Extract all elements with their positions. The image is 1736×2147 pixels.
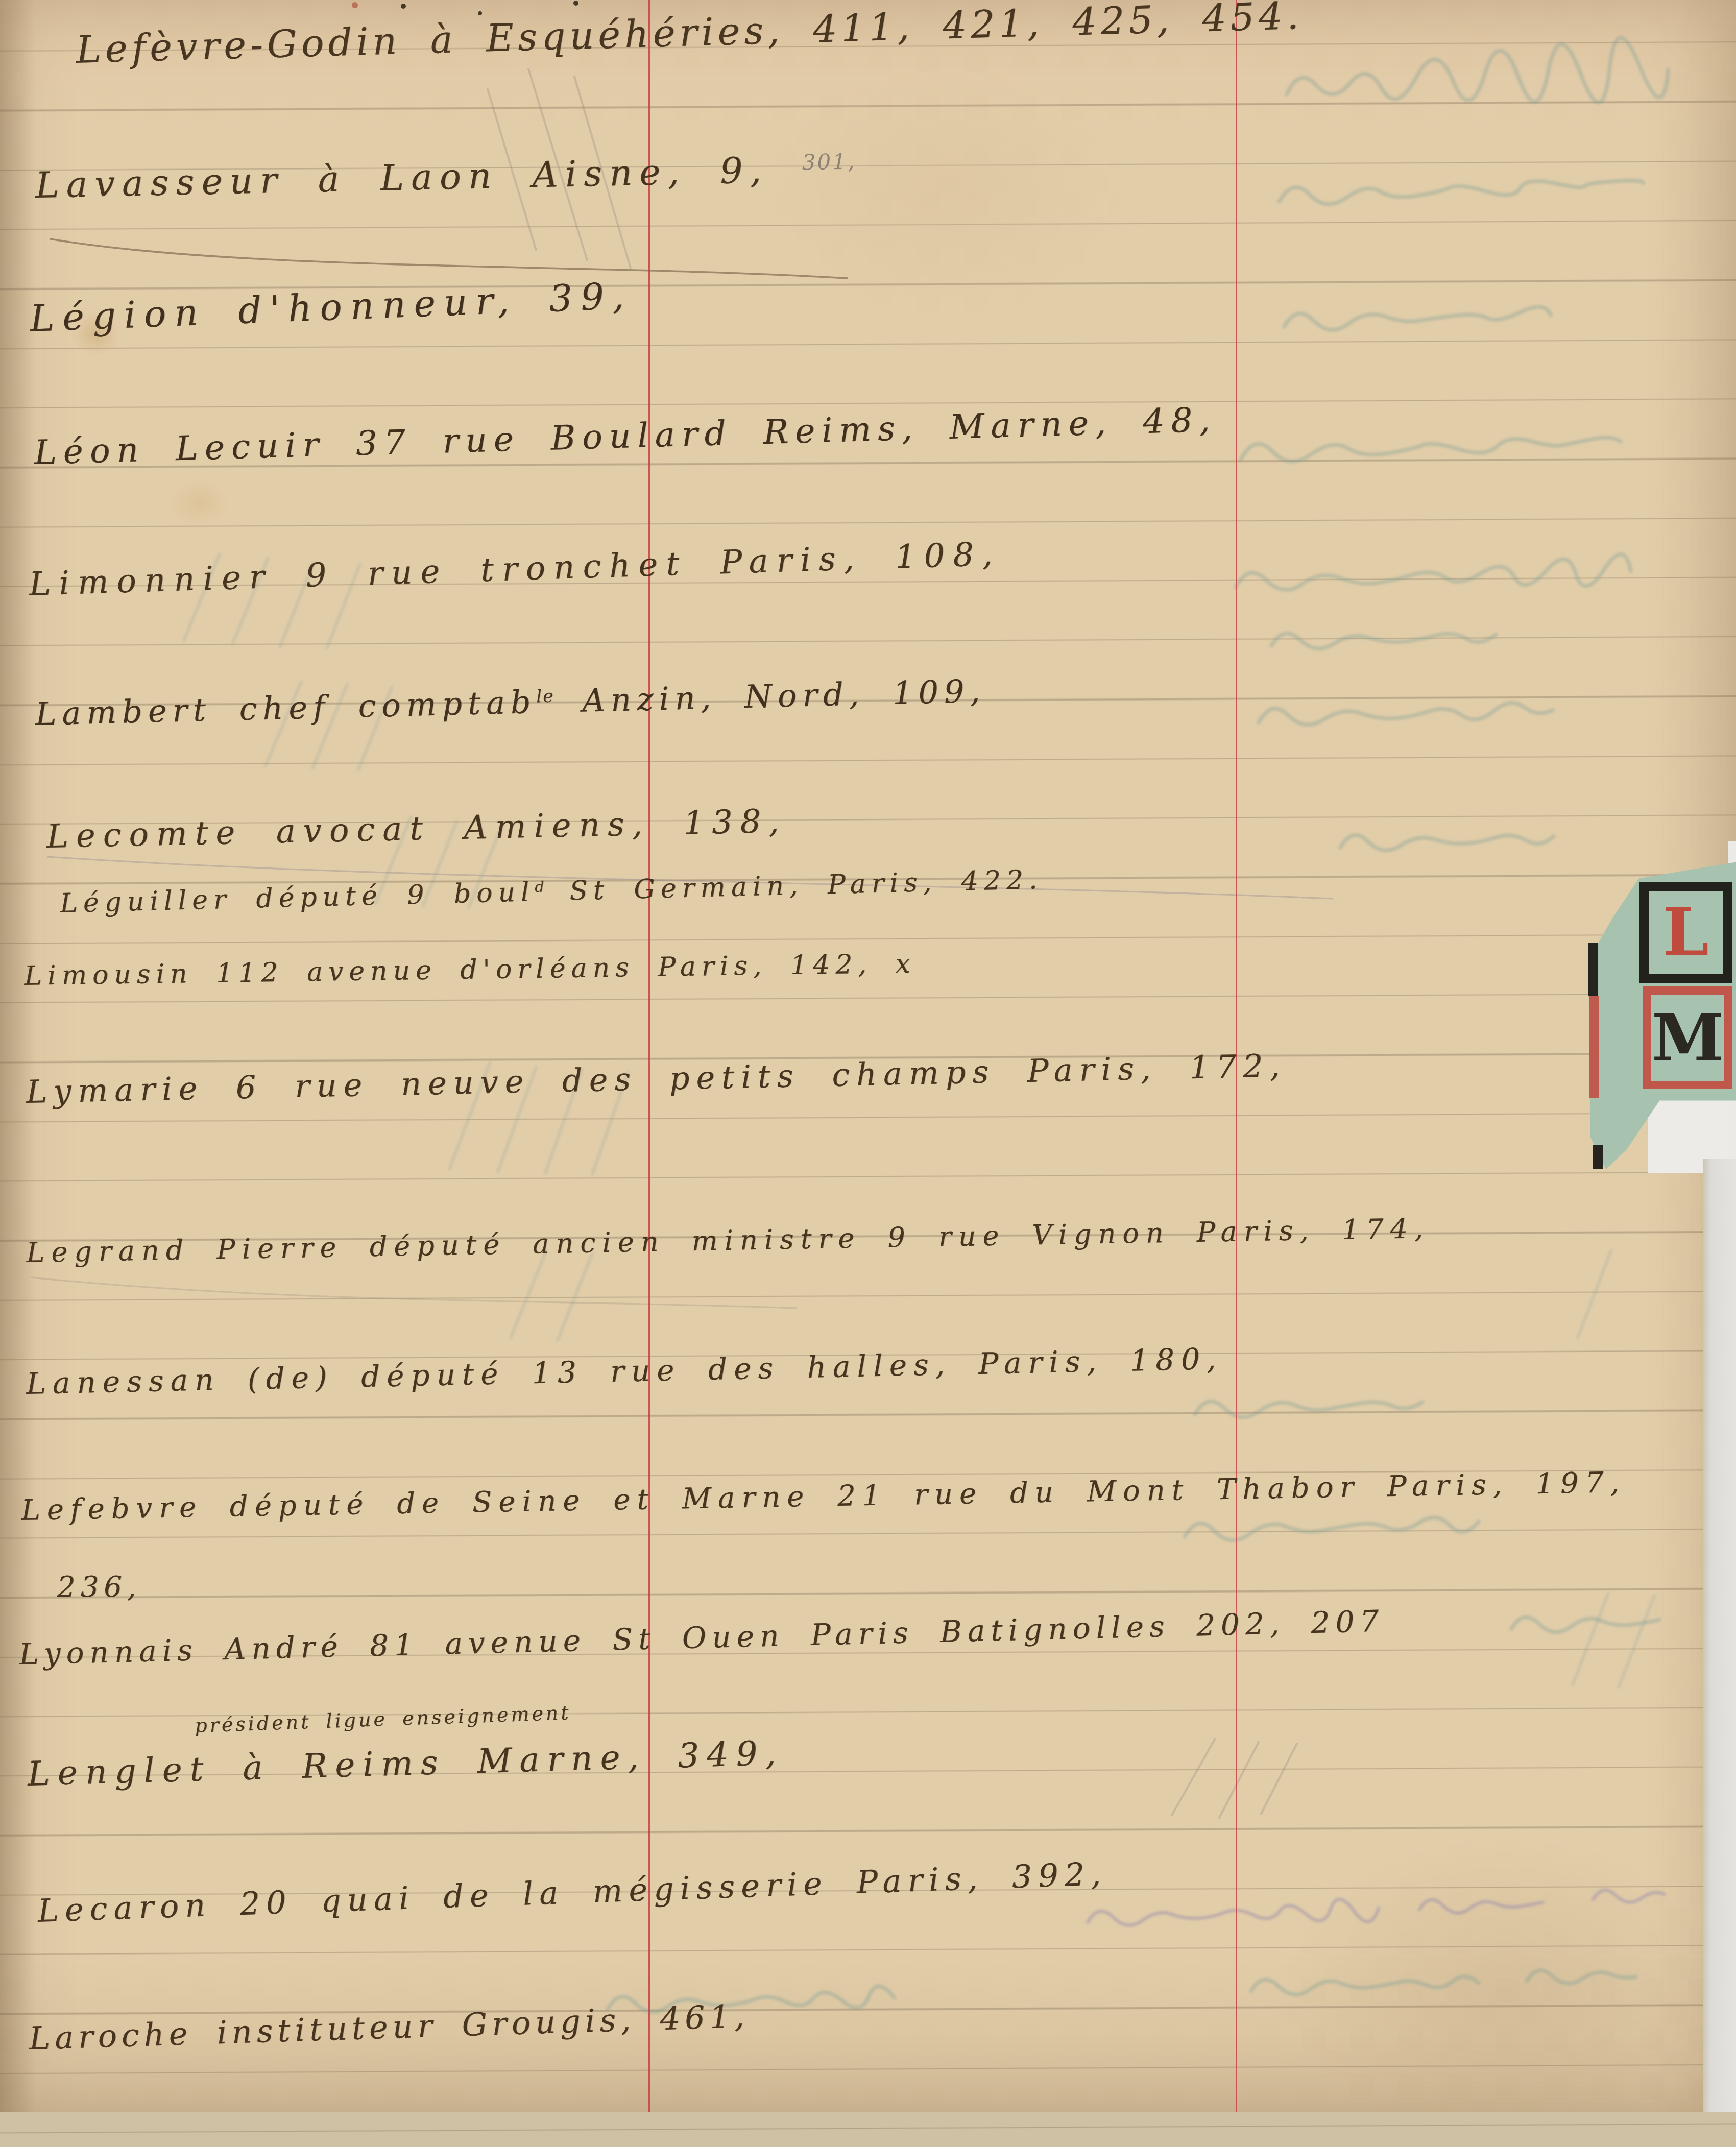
tab-letter-m: M (1643, 986, 1732, 1089)
red-margin-line-left (648, 0, 650, 2112)
ink-specks (352, 1, 578, 15)
pencil-page-ref: 301, (802, 149, 856, 175)
tab-edge-black-strip (1588, 943, 1598, 996)
tab-edge-red-strip (1589, 996, 1599, 1098)
underlying-page-edge (1703, 1159, 1736, 2112)
verso-purple-number-ghosts (1088, 1890, 1665, 1925)
pencil-stroke-ghosts (488, 69, 1297, 1818)
tab-letter-l: L (1639, 882, 1732, 983)
entry-text: 236, (57, 1571, 141, 1604)
superscript-abbreviation: le (536, 686, 554, 707)
superscript-abbreviation: d (535, 878, 545, 896)
tab-edge-black-strip-bottom (1593, 1145, 1603, 1169)
ledger-page: Lefèvre-Godin à Esquéhéries, 411, 421, 4… (0, 0, 1736, 2112)
entry-lefebvre-continuation: 236, (57, 1571, 141, 1604)
ink-flourish-strokes (31, 239, 1333, 1308)
verso-ink-ghosts (608, 38, 1668, 2012)
tab-letter-label: L (1663, 894, 1709, 971)
tab-letter-label: M (1652, 1000, 1724, 1076)
letter-index-tab: L M (1562, 842, 1736, 1169)
